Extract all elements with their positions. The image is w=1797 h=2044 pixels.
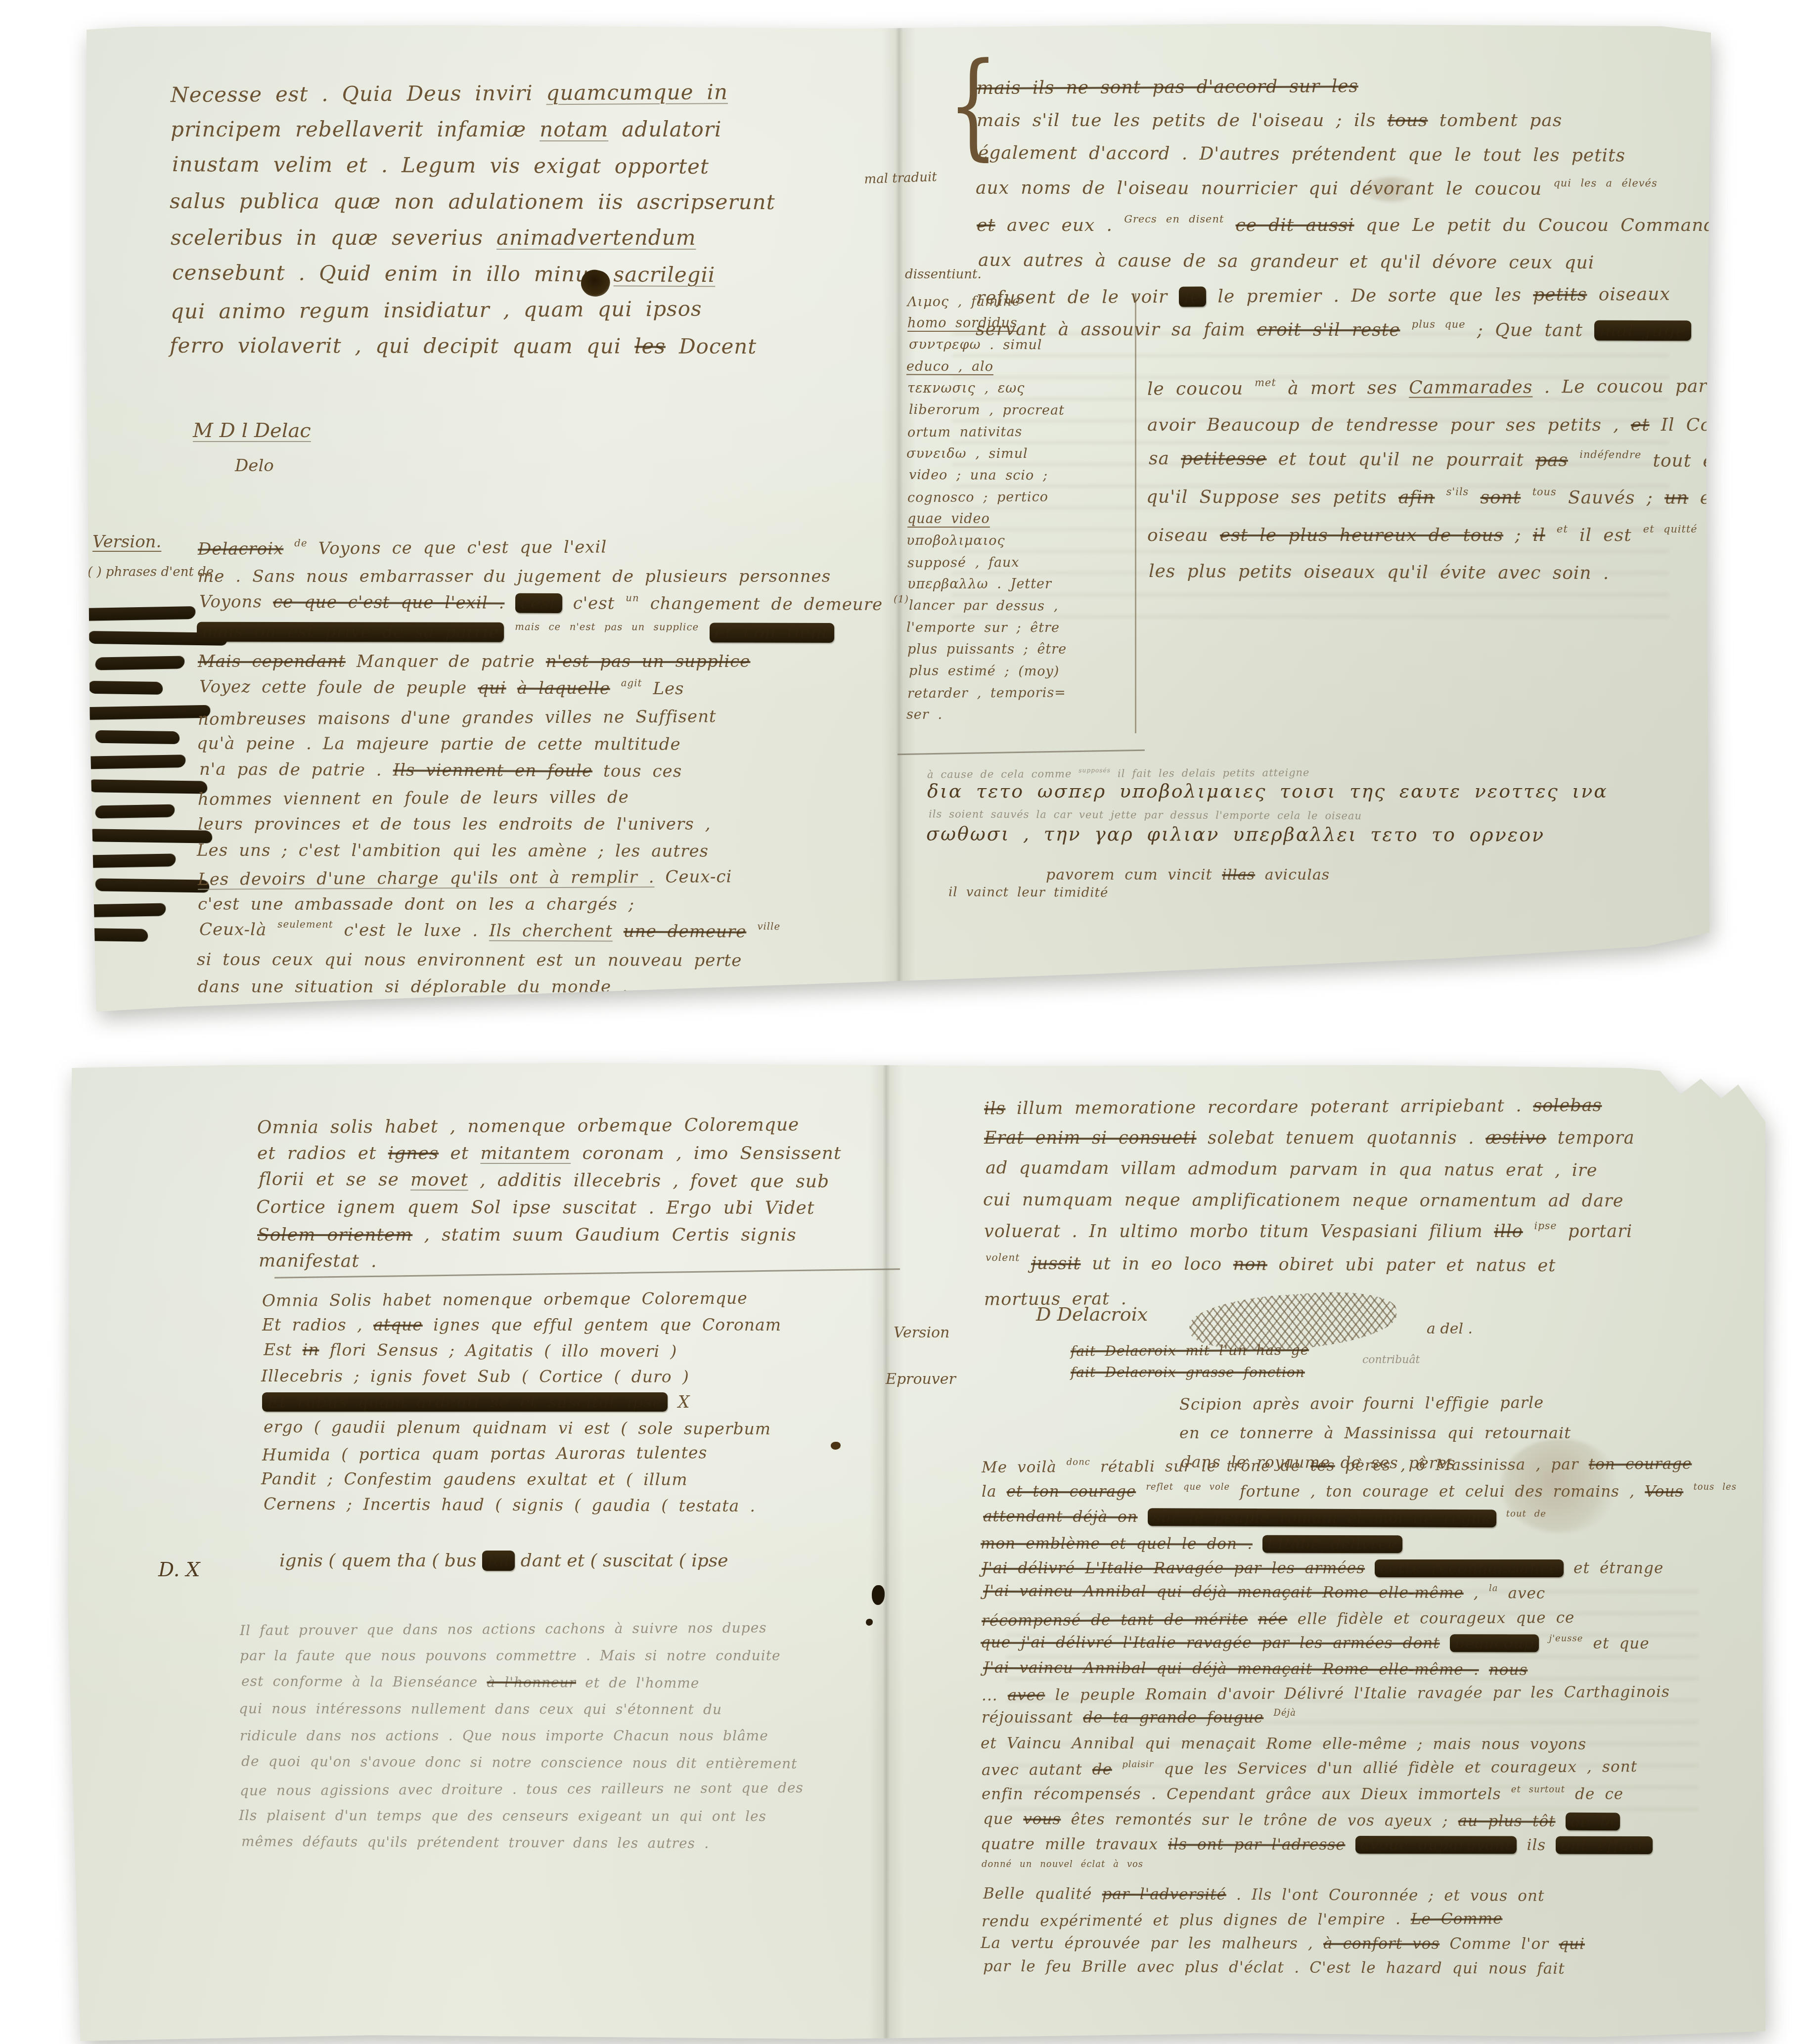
strike-segment: pas bbox=[1535, 450, 1568, 470]
text-segment: le peuple Romain d'avoir Délivré l'Itali… bbox=[1045, 1683, 1670, 1704]
strike-segment: et bbox=[977, 215, 995, 235]
version-margin-label: Version. bbox=[92, 532, 161, 552]
text-segment: sa bbox=[1149, 448, 1181, 469]
text-segment: , statim suum Gaudium Certis signis bbox=[412, 1225, 796, 1245]
text-line: et Vaincu Annibal qui menaçait Rome elle… bbox=[981, 1732, 1736, 1757]
text-line: par le feu Brille avec plus d'éclat . C'… bbox=[983, 1955, 1738, 1982]
text-segment: mais s'il tue les petits de l'oiseau ; i… bbox=[977, 110, 1388, 131]
text-segment: leurs provinces et de tous les endroits … bbox=[198, 814, 711, 834]
text-segment: c'est une ambassade dont on les a chargé… bbox=[198, 894, 634, 914]
eprouver-margin-label: Eprouver bbox=[886, 1371, 956, 1388]
text-segment: Scipion après avoir fourni l'effigie par… bbox=[1179, 1393, 1544, 1414]
greek-line-2: σωθωσι , την γαρ φιλιαν υπερβαλλει τετο … bbox=[926, 823, 1777, 846]
manuscript-bottom-bifolium: Omnia solis habet , nomenque orbemque Co… bbox=[67, 1063, 1765, 2041]
sup-segment: un bbox=[626, 585, 639, 612]
text-segment: Il faut prouver que dans nos actions cac… bbox=[240, 1619, 767, 1639]
text-segment bbox=[1496, 1510, 1506, 1527]
text-segment bbox=[1346, 1836, 1355, 1854]
text-line: liberorum , procreat bbox=[909, 399, 1126, 422]
text-segment bbox=[699, 623, 710, 643]
text-segment bbox=[746, 922, 757, 942]
text-segment: c'est bbox=[562, 593, 626, 614]
text-line: salus publica quæ non adulationem iis as… bbox=[170, 183, 775, 220]
text-segment: par la faute que nous pouvons commettre … bbox=[240, 1647, 781, 1664]
pul-segment: notam bbox=[539, 117, 608, 141]
text-line: le coucou met à mort ses Cammarades . Le… bbox=[1147, 368, 1797, 409]
massinissa-version-draft-block: Me voilà donc rétabli sur le trône de te… bbox=[982, 1454, 1737, 1980]
blot-segment: cette reconnaissance bbox=[1375, 1559, 1564, 1577]
text-line: n'a pas de patrie . Ils viennent en foul… bbox=[199, 756, 909, 786]
strike-segment: mais ils ne sont pas d'accord sur les bbox=[977, 76, 1358, 98]
text-segment: ridicule dans nos actions . Que nous imp… bbox=[240, 1728, 768, 1744]
signature-delo: Delo bbox=[235, 456, 274, 476]
strike-segment: de bbox=[1092, 1761, 1112, 1778]
text-line: plus puissants ; être bbox=[907, 639, 1125, 661]
text-segment: ferro violaverit , qui decipit quam qui bbox=[170, 333, 634, 358]
text-segment: tempora bbox=[1546, 1128, 1635, 1148]
text-line: Cernens ; Incertis haud ( signis ( gaudi… bbox=[264, 1491, 783, 1519]
strike-segment: à laquelle bbox=[517, 678, 610, 699]
text-segment: Les bbox=[642, 679, 684, 699]
blot-segment: avoue auparavant bbox=[1355, 1836, 1517, 1854]
dissentiunt-margin-note: dissentiunt. bbox=[905, 267, 982, 282]
phrase-margin-note: ( ) phrases d'ent de bbox=[88, 565, 214, 579]
text-segment: , bbox=[1464, 1584, 1489, 1602]
strike-segment: fait Delacroix mit l'un has ge bbox=[1071, 1342, 1309, 1360]
text-segment bbox=[613, 922, 624, 941]
text-segment: ser . bbox=[906, 707, 943, 722]
text-line: Les uns ; c'est l'ambition qui les amène… bbox=[197, 837, 906, 865]
text-segment bbox=[1112, 1761, 1122, 1778]
deletion-smear bbox=[81, 853, 177, 868]
text-segment: Cortice ignem quem Sol ipse suscitat . E… bbox=[256, 1197, 814, 1218]
text-segment bbox=[1479, 1661, 1489, 1679]
text-segment: et bbox=[1688, 488, 1718, 508]
pul-segment: Les devoirs d'une charge qu'ils ont à re… bbox=[198, 867, 655, 889]
ignis-correction-line: ignis ( quem tha ( bus fal dant et ( sus… bbox=[279, 1551, 728, 1571]
text-line: attendant déjà on sur le peuple romain e… bbox=[983, 1505, 1738, 1534]
text-segment: êtes remontés sur le trône de vos ayeux … bbox=[1061, 1810, 1458, 1830]
text-segment: principem rebellaverit infamiæ bbox=[171, 117, 539, 141]
greek-vocabulary-gloss-column: Λιμος , faminehomo sordidusσυντρεφω . si… bbox=[907, 291, 1125, 726]
text-segment: υπερβαλλω . Jetter bbox=[907, 577, 1052, 592]
text-segment: ; bbox=[1503, 525, 1533, 545]
text-segment bbox=[1224, 215, 1235, 235]
blot-segment: l'Italie délivrée bbox=[1262, 1535, 1402, 1553]
text-line: J'ai vaincu Annibal qui déjà menaçait Ro… bbox=[983, 1579, 1738, 1609]
sup-segment: donc bbox=[1067, 1450, 1090, 1474]
text-segment bbox=[504, 622, 515, 642]
text-segment: ils soient sauvés la car veut jette par … bbox=[929, 808, 1362, 822]
text-segment: rétabli sur le trône de bbox=[1090, 1457, 1310, 1476]
text-segment bbox=[1173, 1483, 1183, 1501]
text-line: educo , alo bbox=[906, 356, 1124, 378]
text-segment: a del . bbox=[1427, 1320, 1473, 1337]
omnia-solis-fair-copy-block: Omnia solis habet , nomenque orbemque Co… bbox=[257, 1112, 841, 1276]
text-segment: qu'il Suppose ses petits bbox=[1146, 487, 1398, 508]
text-segment: Voyez cette foule de peuple bbox=[199, 677, 478, 698]
strike-segment: fait Delacroix grasse fonction bbox=[1071, 1364, 1305, 1380]
strike-segment: née bbox=[1258, 1610, 1288, 1628]
sup-segment: indéfendre bbox=[1579, 437, 1641, 473]
text-line: Voyez cette foule de peuple qui à laquel… bbox=[199, 673, 909, 706]
ul-segment: Cammarades bbox=[1409, 377, 1532, 398]
text-segment bbox=[283, 539, 294, 559]
text-segment: dant et ( suscitat ( ipse bbox=[515, 1551, 728, 1571]
text-segment: aviculas bbox=[1255, 866, 1330, 884]
text-segment bbox=[1539, 1635, 1549, 1652]
text-segment: Ceux-ci bbox=[654, 867, 732, 887]
pencil-moral-paragraph: Il faut prouver que dans nos actions cac… bbox=[240, 1616, 804, 1856]
strike-segment: in bbox=[303, 1340, 319, 1359]
text-segment bbox=[1435, 488, 1446, 508]
text-segment: et tout qu'il ne pourrait bbox=[1266, 449, 1535, 470]
blot-segment: fal bbox=[482, 1551, 515, 1571]
text-line: ad quamdam villam admodum parvam in qua … bbox=[986, 1153, 1636, 1187]
greek-theme-block: à cause de cela comme supposés il fait l… bbox=[927, 766, 1778, 901]
text-line: censebunt . Quid enim in illo minus sacr… bbox=[172, 254, 778, 293]
text-line: florii et se se movet , additis illecebr… bbox=[259, 1165, 843, 1195]
blot-segment: mal juge bbox=[1594, 320, 1691, 341]
blot-segment: le bbox=[1179, 287, 1206, 307]
sup-segment: seulement bbox=[277, 911, 333, 938]
text-segment: ignes que efful gentem que Coronam bbox=[423, 1315, 781, 1334]
text-line: ortum nativitas bbox=[907, 421, 1125, 444]
text-segment: Humida ( portica quam portas Auroras tul… bbox=[262, 1443, 708, 1465]
paper-stain bbox=[1362, 177, 1422, 202]
strike-segment: vous bbox=[1023, 1810, 1061, 1828]
text-segment: Belle qualité bbox=[983, 1885, 1102, 1903]
text-segment: tombent pas bbox=[1428, 110, 1563, 131]
strike-segment: ce dit aussi bbox=[1236, 215, 1354, 235]
text-segment: aux autres à cause de sa grandeur et qu'… bbox=[978, 250, 1594, 273]
strike-segment: nous bbox=[1489, 1661, 1528, 1679]
text-segment: et étrange bbox=[1564, 1559, 1663, 1577]
text-segment: manifestat . bbox=[259, 1250, 377, 1271]
strike-segment: illas bbox=[1222, 866, 1255, 884]
text-segment: illum memoratione recordare poterant arr… bbox=[1005, 1096, 1533, 1119]
text-segment: florii et se se bbox=[259, 1169, 410, 1190]
strike-segment: par l'adversité bbox=[1102, 1885, 1226, 1904]
text-line: fait Delacroix grasse fonction bbox=[1071, 1362, 1309, 1383]
text-segment: Omnia Solis habet nomenque orbemque Colo… bbox=[262, 1289, 748, 1310]
sup-segment: la bbox=[1489, 1576, 1498, 1600]
text-line: avec autant de plaisir que les Services … bbox=[982, 1754, 1737, 1784]
text-line: Cortice ignem quem Sol ipse suscitat . E… bbox=[256, 1194, 841, 1222]
text-line: mais ils ne sont pas d'accord sur les bbox=[977, 67, 1727, 105]
sup-segment: ipse bbox=[1534, 1210, 1557, 1242]
sup-segment: volent bbox=[986, 1242, 1020, 1273]
sup-segment: plus que bbox=[1412, 308, 1466, 342]
text-segment: inustam velim et . Legum vis exigat oppo… bbox=[172, 152, 709, 178]
text-line: et avec eux . Grecs en disent ce dit aus… bbox=[977, 208, 1727, 245]
text-segment: par le feu Brille avec plus d'éclat . C'… bbox=[983, 1957, 1565, 1978]
interlinear-french-2: ils soient sauvés la car veut jette par … bbox=[929, 808, 1779, 824]
deletion-smear bbox=[81, 755, 186, 769]
text-segment: Il Connait bbox=[1650, 415, 1760, 435]
text-segment: que les Services d'un allié fidèle et co… bbox=[1154, 1758, 1637, 1778]
text-segment: contribuât bbox=[1362, 1354, 1420, 1366]
text-segment: τεκνωσις , εως bbox=[907, 381, 1025, 396]
strike-segment: Ils viennent en foule bbox=[393, 760, 593, 781]
strike-segment: il bbox=[1533, 525, 1545, 545]
text-segment: Voyons ce que c'est que l'exil bbox=[308, 537, 607, 558]
text-line: qu'il Suppose ses petits afin s'ils sont… bbox=[1146, 480, 1797, 518]
text-segment: sceleribus in quæ severius bbox=[171, 225, 496, 250]
text-segment: obiret ubi pater et natus et bbox=[1267, 1255, 1556, 1276]
blot-segment: cest bbox=[515, 593, 562, 613]
struck-intro-lines: fait Delacroix mit l'un has gefait Delac… bbox=[1071, 1340, 1309, 1383]
text-line: avoir Beaucoup de tendresse pour ses pet… bbox=[1147, 407, 1797, 443]
strike-segment: solebas bbox=[1533, 1096, 1602, 1116]
text-segment: . Ils l'ont Couronnée ; et vous ont bbox=[1226, 1886, 1545, 1905]
text-line: συνειδω , simul bbox=[906, 443, 1124, 465]
sup-segment: Grecs en disent bbox=[1124, 202, 1224, 236]
text-segment bbox=[1545, 525, 1557, 545]
text-line: retarder , temporis= bbox=[907, 682, 1125, 705]
text-segment bbox=[610, 679, 621, 699]
text-line: ridicule dans nos actions . Que nous imp… bbox=[240, 1723, 804, 1749]
text-segment: changement de demeure bbox=[639, 594, 894, 615]
gloss-divider-rule bbox=[1135, 293, 1136, 733]
text-segment: σωθωσι , την γαρ φιλιαν υπερβαλλει τετο … bbox=[926, 823, 1545, 845]
french-version-draft-block: Delacroix de Voyons ce que c'est que l'e… bbox=[198, 534, 907, 1000]
text-segment bbox=[1253, 1535, 1262, 1553]
text-segment: adulatori bbox=[608, 117, 721, 141]
text-segment: . Le coucou parait bbox=[1532, 376, 1732, 397]
text-segment bbox=[1365, 1559, 1375, 1577]
text-segment bbox=[1138, 1508, 1148, 1526]
text-line: et radios et ignes et mitantem coronam ,… bbox=[257, 1140, 841, 1167]
text-segment: δια τετο ωσπερ υποβολιμαιες τοισι της εα… bbox=[927, 780, 1608, 802]
text-segment: avec bbox=[1498, 1584, 1545, 1602]
text-segment: D. X bbox=[158, 1558, 200, 1581]
text-line: qui animo regum insidiatur , quam qui ip… bbox=[171, 290, 776, 329]
text-segment: hommes viennent en foule de leurs villes… bbox=[198, 787, 629, 809]
text-segment bbox=[1263, 1709, 1273, 1727]
strike-segment: æstivo bbox=[1485, 1128, 1546, 1148]
text-segment bbox=[1440, 1634, 1450, 1652]
text-segment: aux noms de l'oiseau nourricier qui dévo… bbox=[976, 178, 1554, 199]
text-segment: solebat tenuem quotannis . bbox=[1197, 1128, 1485, 1148]
text-line: mêmes défauts qu'ils prétendent trouver … bbox=[241, 1828, 805, 1858]
text-segment bbox=[1469, 488, 1480, 508]
text-segment: tout entier sauver bbox=[1641, 450, 1797, 472]
text-segment: Voyons bbox=[199, 592, 273, 612]
strike-segment: ils bbox=[984, 1099, 1006, 1118]
text-segment: ( ) phrases d'ent de bbox=[88, 565, 214, 579]
text-line: Illecebris ; ignis fovet Sub ( Cortice (… bbox=[261, 1363, 780, 1390]
text-segment: que Le petit du Coucou Commande bbox=[1354, 215, 1727, 235]
text-segment: censebunt . Quid enim in illo minus bbox=[172, 260, 614, 286]
strike-segment: de ta grande fougue bbox=[1083, 1709, 1263, 1727]
text-segment: à mort ses bbox=[1276, 378, 1409, 399]
text-segment: voluerat . In ultimo morbo titum Vespasi… bbox=[984, 1222, 1494, 1242]
ul-segment: Version. bbox=[92, 532, 161, 552]
fingerprint-smudge bbox=[1501, 1439, 1619, 1533]
text-line: que vous êtes remontés sur le trône de v… bbox=[983, 1807, 1738, 1835]
text-line: hommes viennent en foule de leurs villes… bbox=[198, 782, 907, 813]
text-segment: υποβολιμαιος bbox=[906, 533, 1005, 548]
text-segment: le premier . De sorte que les bbox=[1206, 285, 1533, 307]
text-segment: nombreuses maisons d'une grandes villes … bbox=[198, 707, 717, 729]
text-segment: ortum nativitas bbox=[907, 424, 1023, 440]
text-segment: qui nous intéressons nullement dans ceux… bbox=[239, 1700, 722, 1718]
text-segment bbox=[504, 593, 515, 613]
text-segment: cognosco ; pertico bbox=[907, 489, 1048, 505]
text-segment: le coucou bbox=[1147, 378, 1255, 399]
text-segment: Omnia solis habet , nomenque orbemque Co… bbox=[257, 1114, 800, 1138]
text-line: récompensé de tant de mérite née elle fi… bbox=[982, 1605, 1737, 1633]
text-segment: D Delacroix bbox=[1036, 1303, 1148, 1325]
text-segment: La vertu éprouvée par les malheurs , bbox=[981, 1934, 1323, 1953]
sup-segment: plaisir bbox=[1122, 1752, 1154, 1777]
text-segment: par bbox=[1698, 525, 1741, 545]
text-line: J'ai vaincu Annibal qui déjà menaçait Ro… bbox=[983, 1656, 1738, 1684]
strike-segment: à confort vos bbox=[1323, 1935, 1439, 1953]
sup-segment: et surtout bbox=[1511, 1777, 1565, 1802]
text-line: Erat enim si consueti solebat tenuem quo… bbox=[984, 1123, 1635, 1154]
text-segment bbox=[1568, 450, 1579, 471]
strike-segment: une demeure bbox=[624, 922, 747, 942]
text-line: dans une situation si déplorable du mond… bbox=[198, 974, 907, 1000]
text-segment: est conforme à la Bienséance bbox=[241, 1673, 487, 1690]
deletion-smear bbox=[94, 804, 176, 819]
text-segment bbox=[1400, 320, 1411, 340]
strike-segment: ignes bbox=[388, 1143, 439, 1163]
text-segment: avoir Beaucoup de tendresse pour ses pet… bbox=[1147, 415, 1631, 435]
text-line: si tous ceux qui nous environnent est un… bbox=[197, 946, 906, 975]
text-segment: réjouissant bbox=[982, 1709, 1083, 1727]
strike-segment: atque bbox=[373, 1315, 423, 1334]
text-line: υποβολιμαιος bbox=[906, 530, 1124, 552]
text-segment: ... bbox=[982, 1687, 1008, 1704]
photograph-backdrop: { "meta": { "description": "Photograph o… bbox=[0, 0, 1797, 2044]
sup-segment: ville bbox=[757, 913, 780, 940]
text-line: voluerat . In ultimo morbo titum Vespasi… bbox=[984, 1216, 1635, 1249]
text-line: oiseau est le plus heureux de tous ; il … bbox=[1147, 518, 1797, 555]
ul-segment: educo , alo bbox=[906, 359, 993, 374]
deletion-smear bbox=[81, 705, 211, 720]
sup-segment: et bbox=[1557, 512, 1568, 547]
strike-segment: qui bbox=[1559, 1935, 1585, 1953]
text-line: J'ai délivré L'Italie Ravagée par les ar… bbox=[982, 1556, 1737, 1581]
text-line: ser . bbox=[906, 704, 1124, 726]
strike-segment: tous bbox=[1388, 110, 1428, 131]
text-segment: flori Sensus ; Agitatis ( illo moveri ) bbox=[319, 1340, 677, 1361]
sup-segment: met bbox=[1255, 365, 1276, 400]
text-line: Me voilà donc rétabli sur le trône de te… bbox=[982, 1452, 1737, 1482]
strike-segment: Delacroix bbox=[198, 539, 284, 559]
text-segment: ut in eo loco bbox=[1081, 1254, 1233, 1274]
de-x-margin-mark: D. X bbox=[158, 1558, 200, 1581]
pul-segment: mitantem bbox=[480, 1143, 571, 1163]
text-segment: ergo ( gaudii plenum quidnam vi est ( so… bbox=[264, 1417, 771, 1438]
text-line: Humida ( portica quam portas Auroras tul… bbox=[262, 1439, 781, 1467]
text-segment: à cause de cela comme bbox=[927, 768, 1078, 781]
text-line: donné un nouvel éclat à vos bbox=[982, 1857, 1737, 1883]
text-segment: et que bbox=[1583, 1635, 1649, 1652]
pul-segment: Ils cherchent bbox=[489, 921, 613, 941]
strike-segment: un bbox=[1664, 488, 1688, 508]
text-line: Mais cependant Manquer de patrie n'est p… bbox=[198, 648, 907, 675]
sup-segment: supposés bbox=[1078, 767, 1111, 774]
strike-segment: ils ont par l'adresse bbox=[1168, 1835, 1346, 1854]
pul-segment: animadvertendum bbox=[496, 225, 696, 250]
deletion-smear bbox=[88, 681, 164, 695]
text-segment: me . Sans nous embarrasser du jugement d… bbox=[198, 567, 831, 586]
strike-segment: à l'honneur bbox=[487, 1674, 576, 1691]
text-line: sceleribus in quæ severius animadvertend… bbox=[171, 220, 776, 256]
text-segment: Illecebris ; ignis fovet Sub ( Cortice (… bbox=[261, 1366, 689, 1386]
text-segment: salus publica quæ non adulationem iis as… bbox=[170, 189, 775, 214]
text-segment: dans une situation si déplorable du mond… bbox=[198, 977, 628, 997]
text-segment: pavorem cum vincit bbox=[1046, 866, 1222, 884]
text-segment bbox=[1248, 1610, 1258, 1628]
text-line: supposé , faux bbox=[907, 551, 1125, 574]
center-fold-crease bbox=[869, 1063, 903, 2041]
delacroix-signature-line: D Delacroix bbox=[1036, 1303, 1148, 1325]
text-segment bbox=[1683, 1483, 1693, 1501]
text-segment: avec autant bbox=[982, 1761, 1092, 1779]
ul-segment: homo sordidus bbox=[907, 315, 1018, 331]
blot-segment: mais on est privé de sa patrie bbox=[197, 622, 504, 642]
strike-segment: afin bbox=[1398, 488, 1435, 508]
strike-segment: ce que c'est que l'exil . bbox=[273, 592, 505, 613]
text-segment: retarder , temporis= bbox=[907, 685, 1066, 701]
blot-segment: sur le peuple romain et moi de règne bbox=[1148, 1508, 1496, 1527]
text-segment: συνειδω , simul bbox=[906, 446, 1028, 461]
text-segment bbox=[1521, 488, 1532, 508]
text-line: qui nous intéressons nullement dans ceux… bbox=[239, 1695, 803, 1723]
sup-segment: j'eusse bbox=[1549, 1626, 1583, 1650]
sup-segment: et quitté bbox=[1643, 512, 1698, 547]
text-segment: coronam , imo Sensissent bbox=[571, 1143, 841, 1163]
text-line: mais on est privé de sa patrie mais ce n… bbox=[197, 619, 906, 649]
text-segment: avec eux . bbox=[995, 215, 1124, 235]
sup-segment: (1) bbox=[894, 586, 909, 613]
sup-segment: tous les bbox=[1693, 1475, 1736, 1499]
interlinear-french-1: à cause de cela comme supposés il fait l… bbox=[927, 764, 1778, 780]
sup-segment: qui les a élevés bbox=[1553, 166, 1657, 200]
text-line: nombreuses maisons d'une grandes villes … bbox=[198, 702, 907, 733]
text-line: aux autres à cause de sa grandeur et qu'… bbox=[978, 243, 1728, 281]
text-segment: tous ces bbox=[592, 761, 682, 781]
text-line: cognosco ; pertico bbox=[907, 486, 1125, 509]
strike-segment: mon emblème et quel le don . bbox=[981, 1535, 1253, 1553]
text-line: Solem orientem , statim suum Gaudium Cer… bbox=[257, 1221, 841, 1248]
text-segment bbox=[1020, 1253, 1031, 1273]
text-line: τεκνωσις , εως bbox=[907, 378, 1125, 400]
blot-segment: ont effacé bbox=[1556, 1836, 1653, 1854]
text-segment: n'a pas de patrie . bbox=[199, 759, 393, 780]
small-ink-spot bbox=[831, 1442, 841, 1450]
text-segment: supposé , faux bbox=[907, 555, 1020, 571]
text-line: qu'à peine . La majeure partie de cette … bbox=[197, 730, 906, 758]
text-segment: ; Que tant bbox=[1466, 320, 1595, 340]
text-line: video ; una scio ; bbox=[909, 464, 1126, 487]
text-line: que j'ai délivré l'Italie ravagée par le… bbox=[981, 1631, 1736, 1658]
text-segment: Version bbox=[894, 1324, 949, 1341]
pul-segment: sacrilegii bbox=[614, 262, 716, 287]
text-segment: ad quamdam villam admodum parvam in qua … bbox=[986, 1158, 1598, 1180]
text-segment: Delo bbox=[235, 456, 274, 476]
latin-note-line: pavorem cum vincit illas aviculas bbox=[1046, 866, 1778, 884]
deletion-smear bbox=[95, 878, 210, 892]
ul-segment: quae video bbox=[907, 511, 990, 527]
text-line: Ils plaisent d'un temps que des censeurs… bbox=[239, 1802, 803, 1830]
strike-segment: attendant déjà on bbox=[983, 1508, 1138, 1526]
